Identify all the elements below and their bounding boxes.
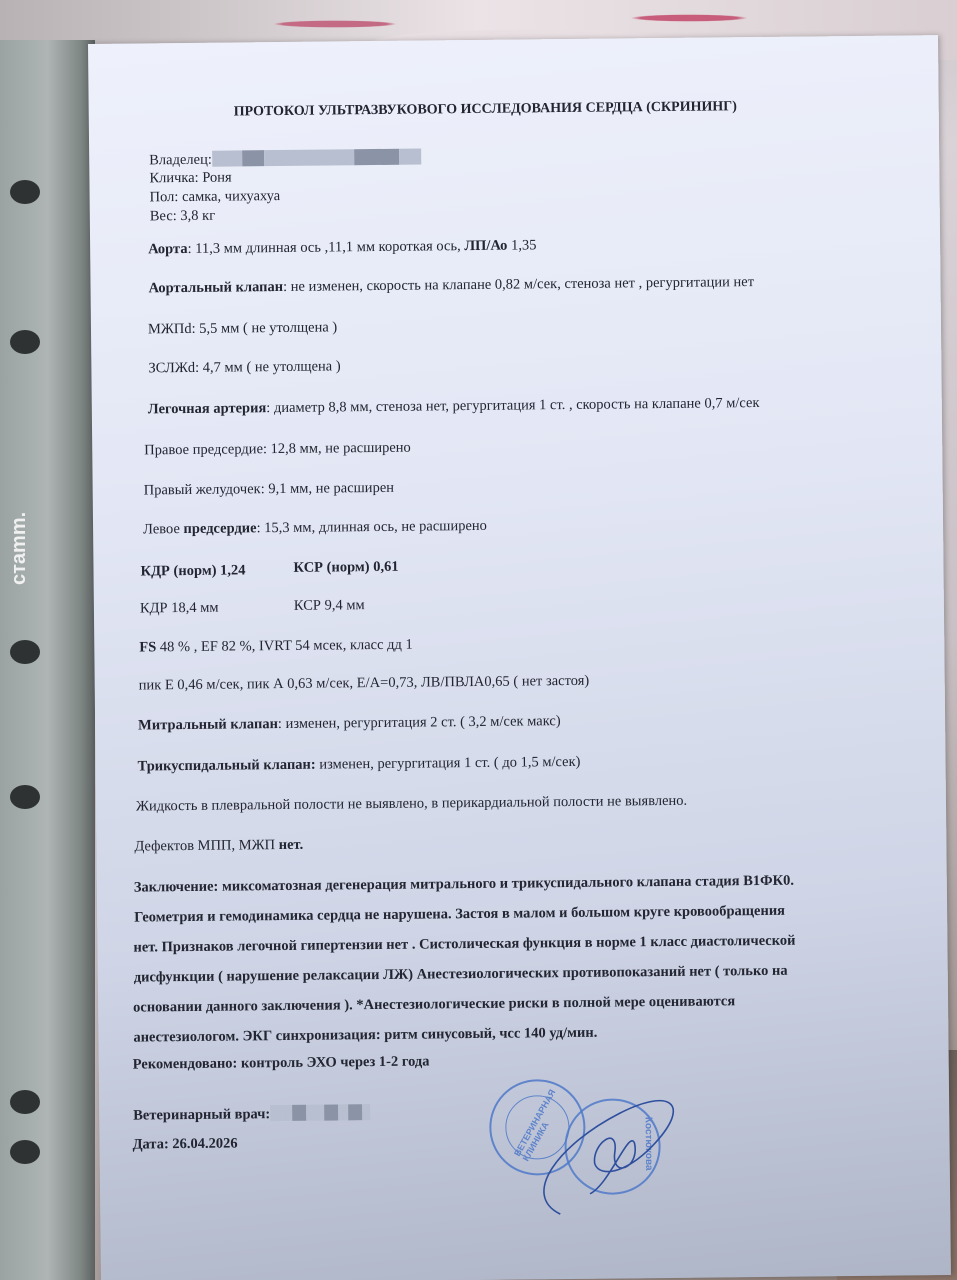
lvpwd-line: ЗСЛЖd: 4,7 мм ( не утолщена )	[148, 358, 340, 377]
ultrasound-protocol-page: ПРОТОКОЛ УЛЬТРАЗВУКОВОГО ИССЛЕДОВАНИЯ СЕ…	[88, 35, 951, 1280]
esd-value: КСР 9,4 мм	[294, 597, 365, 615]
conclusion-line-4: дисфункции ( нарушение релаксации ЛЖ) Ан…	[134, 963, 788, 987]
pulmonary-artery-label: Легочная артерия	[148, 400, 267, 417]
right-ventricle-line: Правый желудочек: 9,1 мм, не расширен	[144, 480, 394, 500]
right-atrium-line: Правое предсердие: 12,8 мм, не расширено	[144, 440, 411, 460]
plastic-sleeve: стamm.	[0, 40, 95, 1280]
redacted-vet	[270, 1105, 282, 1121]
conclusion-line-3: нет. Признаков легочной гипертензии нет …	[133, 933, 795, 957]
signature	[499, 1083, 690, 1225]
pulmonary-artery-line: Легочная артерия: диаметр 8,8 мм, стеноз…	[148, 395, 760, 418]
la-ao-label: ЛП/Ао	[464, 238, 507, 254]
left-atrium-line: Левое предсердие: 15,3 мм, длинная ось, …	[143, 518, 487, 539]
owner-label: Владелец:	[149, 152, 212, 169]
doppler-line: пик Е 0,46 м/сек, пик А 0,63 м/сек, Е/А=…	[139, 673, 590, 695]
conclusion-line-6: анестезиологом. ЭКГ синхронизация: ритм …	[133, 1025, 597, 1047]
punch-hole	[10, 1140, 40, 1164]
date-line: Дата: 26.04.2026	[132, 1135, 237, 1153]
tricuspid-valve-label: Трикуспидальный клапан:	[137, 757, 315, 775]
vet-line: Ветеринарный врач:	[133, 1104, 370, 1124]
punch-hole	[10, 180, 40, 204]
mitral-valve-label: Митральный клапан	[138, 716, 278, 733]
sleeve-brand-logo: стamm.	[8, 512, 31, 585]
document-title: ПРОТОКОЛ УЛЬТРАЗВУКОВОГО ИССЛЕДОВАНИЯ СЕ…	[234, 99, 737, 120]
conclusion-line-2: Геометрия и гемодинамика сердца не наруш…	[134, 903, 785, 927]
aortic-valve-label: Аортальный клапан	[148, 279, 283, 296]
fluid-line: Жидкость в плевральной полости не выявле…	[136, 793, 687, 816]
owner-line: Владелец:	[149, 149, 421, 170]
mitral-valve-line: Митральный клапан: изменен, регургитация…	[138, 713, 561, 734]
aortic-valve-line: Аортальный клапан: не изменен, скорость …	[148, 274, 754, 297]
la-ao-value: 1,35	[507, 237, 536, 253]
systolic-function-line: FS 48 % , EF 82 %, IVRT 54 мсек, класс д…	[139, 637, 413, 657]
punch-hole	[10, 785, 40, 809]
pet-weight: Вес: 3,8 кг	[150, 208, 215, 226]
pet-name: Кличка: Роня	[149, 170, 231, 188]
vet-label: Ветеринарный врач:	[133, 1106, 270, 1123]
esd-normalized: КСР (норм) 0,61	[293, 559, 398, 577]
recommendation-line: Рекомендовано: контроль ЭХО через 1-2 го…	[133, 1053, 430, 1073]
tricuspid-valve-line: Трикуспидальный клапан: изменен, регурги…	[137, 754, 580, 776]
conclusion-line-1: Заключение: миксоматозная дегенерация ми…	[134, 873, 794, 897]
edd-value: КДР 18,4 мм	[140, 600, 219, 618]
punch-hole	[10, 330, 40, 354]
ivsd-line: МЖПd: 5,5 мм ( не утолщена )	[148, 319, 337, 338]
punch-hole	[10, 1090, 40, 1114]
pet-sex-breed: Пол: самка, чихуахуа	[150, 188, 281, 206]
punch-hole	[10, 640, 40, 664]
edd-normalized: КДР (норм) 1,24	[140, 562, 245, 580]
aorta-line: Аорта: 11,3 мм длинная ось ,11,1 мм коро…	[148, 237, 536, 258]
redacted-owner	[212, 150, 242, 166]
aorta-label: Аорта	[148, 241, 188, 257]
conclusion-line-5: основании данного заключения ). *Анестез…	[133, 993, 735, 1016]
defects-line: Дефектов МПП, МЖП нет.	[134, 837, 303, 856]
fs-label: FS	[139, 639, 156, 655]
